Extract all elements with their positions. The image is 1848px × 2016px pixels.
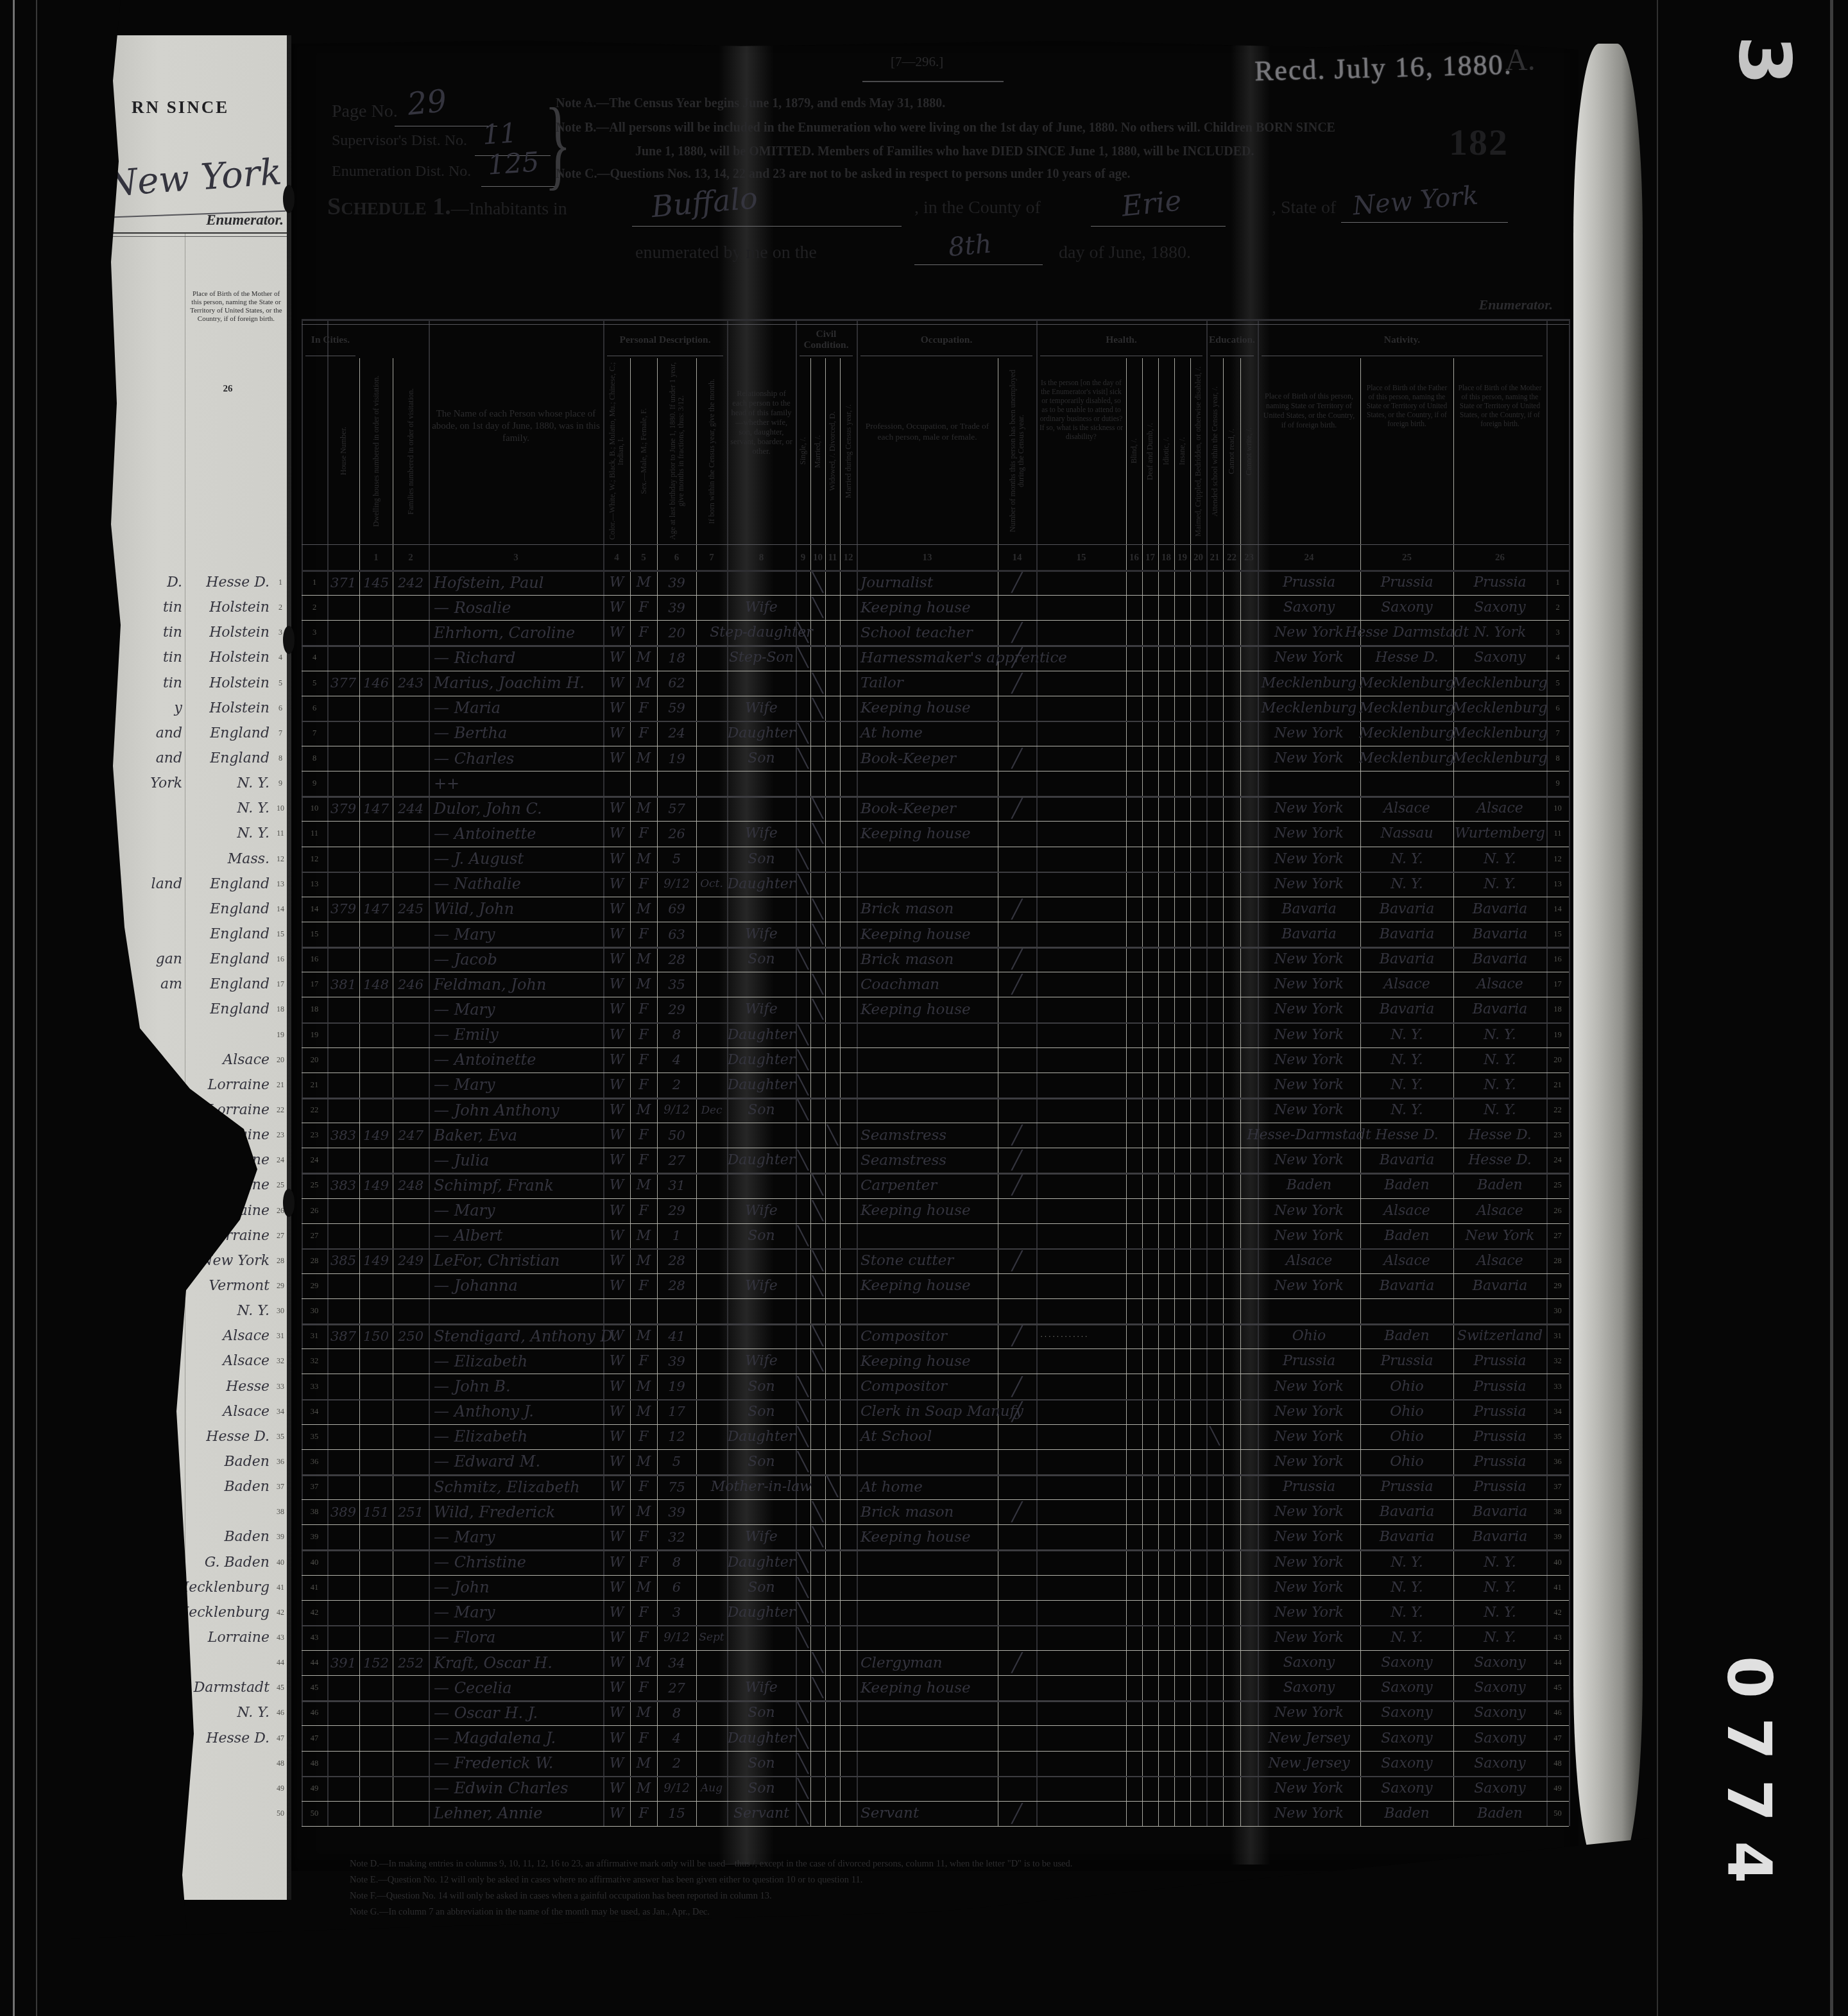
cell-color: W bbox=[603, 1374, 630, 1399]
cell-color: W bbox=[603, 796, 630, 821]
cell-mother-birthplace: Wurtemberg bbox=[1453, 821, 1546, 846]
cell-sex: F bbox=[630, 922, 657, 947]
footer-note-f: Note F.—Question No. 14 will only be ask… bbox=[350, 1891, 772, 1902]
cell-sex: M bbox=[630, 746, 657, 771]
leftpage-place-value: Baden bbox=[187, 1449, 269, 1474]
column-header-deaf: Deaf and Dumb, /. bbox=[1142, 361, 1158, 542]
column-group-label: In Cities. bbox=[302, 324, 359, 355]
cell-occupation: Brick mason bbox=[860, 897, 998, 922]
column-group-underline bbox=[1040, 356, 1202, 356]
cell-sex: M bbox=[630, 1323, 657, 1348]
row-number: 33 bbox=[1546, 1374, 1569, 1399]
cell-civil-condition-tick: ╲ bbox=[810, 972, 825, 997]
cell-unemployed-tick: ╱ bbox=[998, 1374, 1036, 1399]
row-number: 43 bbox=[1546, 1625, 1569, 1650]
cell-father-birthplace: Baden bbox=[1360, 1801, 1453, 1826]
cell-birthplace: New York bbox=[1258, 1223, 1360, 1248]
cell-civil-condition-tick: ╲ bbox=[796, 1047, 810, 1073]
cell-sex: M bbox=[630, 645, 657, 670]
state-label: , State of bbox=[1272, 198, 1336, 218]
cell-father-birthplace: Saxony bbox=[1360, 1776, 1453, 1801]
cell-father-birthplace: N. Y. bbox=[1360, 1022, 1453, 1047]
row-number: 35 bbox=[302, 1424, 327, 1449]
leftpage-place-value: Mecklenburg bbox=[187, 1600, 269, 1625]
column-header-insane: Insane, /. bbox=[1174, 361, 1190, 542]
cell-civil-condition-tick: ╲ bbox=[810, 1273, 825, 1298]
footer-note-g: Note G.—In column 7 an abbreviation in t… bbox=[350, 1907, 710, 1918]
cell-mother-birthplace: Alsace bbox=[1453, 1198, 1546, 1223]
cell-age: 39 bbox=[657, 595, 696, 620]
cell-age: 19 bbox=[657, 1374, 696, 1399]
cell-relationship: Wife bbox=[727, 1198, 796, 1223]
cell-age: 24 bbox=[657, 721, 696, 746]
cell-civil-condition-tick: ╲ bbox=[825, 1474, 840, 1499]
cell-person-name: — Elizabeth bbox=[434, 1348, 603, 1374]
cell-house-number: 383 bbox=[327, 1173, 359, 1198]
cell-mother-birthplace: Hesse D. bbox=[1453, 1148, 1546, 1173]
row-number: 1 bbox=[1546, 570, 1569, 595]
cell-father-birthplace: Alsace bbox=[1360, 1248, 1453, 1273]
column-header-text: If born within the Census year, give the… bbox=[708, 379, 716, 524]
row-number: 4 bbox=[302, 645, 327, 670]
cell-sex: M bbox=[630, 1776, 657, 1801]
cell-occupation: Journalist bbox=[860, 570, 998, 595]
cell-father-birthplace: Saxony bbox=[1360, 1751, 1453, 1776]
cell-age: 32 bbox=[657, 1524, 696, 1549]
row-number: 21 bbox=[1546, 1073, 1569, 1098]
cell-civil-condition-tick: ╲ bbox=[810, 796, 825, 821]
cell-mother-birthplace: Prussia bbox=[1453, 1474, 1546, 1499]
cell-color: W bbox=[603, 947, 630, 972]
leftpage-place-fragment: and bbox=[122, 746, 182, 771]
cell-father-birthplace: Bavaria bbox=[1360, 922, 1453, 947]
leftpage-place-value: Alsace bbox=[187, 1348, 269, 1374]
row-number: 11 bbox=[302, 821, 327, 846]
cell-birth-month: Oct. bbox=[696, 872, 727, 897]
previous-page-col26-header: Place of Birth of the Mother of this per… bbox=[189, 290, 284, 323]
cell-birthplace: New York bbox=[1258, 1148, 1360, 1173]
cell-person-name: — Johanna bbox=[434, 1273, 603, 1298]
cell-birthplace: Mecklenburg bbox=[1258, 696, 1360, 721]
column-header-text: Families numbered in order of visitation… bbox=[407, 388, 415, 515]
leftpage-place-value: Mass. bbox=[187, 847, 269, 872]
cell-mother-birthplace: Saxony bbox=[1453, 1751, 1546, 1776]
cell-father-birthplace: Prussia bbox=[1360, 1348, 1453, 1374]
cell-birthplace: New York bbox=[1258, 1273, 1360, 1298]
row-number: 8 bbox=[302, 746, 327, 771]
cell-father-birthplace: Hesse D. bbox=[1360, 1123, 1453, 1148]
cell-person-name: — John B. bbox=[434, 1374, 603, 1399]
leftpage-place-fragment: York bbox=[122, 771, 182, 796]
cell-person-name: Stendigard, Anthony D. bbox=[434, 1323, 603, 1348]
cell-house-number: 379 bbox=[327, 796, 359, 821]
leftpage-place-value: England bbox=[187, 897, 269, 922]
leftpage-place-value: Alsace bbox=[187, 1323, 269, 1348]
cell-color: W bbox=[603, 1751, 630, 1776]
cell-person-name: — Jacob bbox=[434, 947, 603, 972]
cell-person-name: Hofstein, Paul bbox=[434, 570, 603, 595]
cell-father-birthplace: N. Y. bbox=[1360, 1047, 1453, 1073]
film-top-mark: 3 bbox=[1724, 36, 1806, 85]
cell-age: 8 bbox=[657, 1549, 696, 1574]
cell-civil-condition-tick: ╲ bbox=[810, 570, 825, 595]
cell-person-name: Baker, Eva bbox=[434, 1123, 603, 1148]
column-header-cantread: Cannot read, /. bbox=[1223, 361, 1240, 542]
cell-age: 19 bbox=[657, 746, 696, 771]
leftpage-place-fragment: D. bbox=[122, 570, 182, 595]
leftpage-place-value: England bbox=[187, 922, 269, 947]
cell-color: W bbox=[603, 570, 630, 595]
table-vline bbox=[1126, 358, 1127, 1826]
cell-father-birthplace: N. Y. bbox=[1360, 1625, 1453, 1650]
leftpage-place-value: G. Baden bbox=[187, 1549, 269, 1574]
cell-age: 29 bbox=[657, 997, 696, 1022]
cell-mother-birthplace: Alsace bbox=[1453, 972, 1546, 997]
cell-person-name: — Emily bbox=[434, 1022, 603, 1047]
cell-birthplace: New York bbox=[1258, 1549, 1360, 1574]
cell-civil-condition-tick: ╲ bbox=[796, 620, 810, 645]
cell-age: 39 bbox=[657, 1348, 696, 1374]
column-number-9: 9 bbox=[796, 548, 810, 567]
film-edge-line bbox=[1830, 0, 1833, 2016]
row-number: 9 bbox=[1546, 771, 1569, 796]
cell-age: 26 bbox=[657, 821, 696, 846]
schedule-title: Schedule 1.—Inhabitants in bbox=[327, 193, 567, 221]
cell-color: W bbox=[603, 721, 630, 746]
cell-unemployed-tick: ╱ bbox=[998, 570, 1036, 595]
row-number: 39 bbox=[1546, 1524, 1569, 1549]
row-number: 38 bbox=[302, 1499, 327, 1524]
cell-relationship: Daughter bbox=[727, 1424, 796, 1449]
cell-sex: F bbox=[630, 696, 657, 721]
row-number: 26 bbox=[1546, 1198, 1569, 1223]
row-number: 1 bbox=[302, 570, 327, 595]
row-number: 29 bbox=[302, 1273, 327, 1298]
row-number: 46 bbox=[1546, 1700, 1569, 1725]
cell-sex: F bbox=[630, 1047, 657, 1073]
cell-sex: F bbox=[630, 1600, 657, 1625]
cell-sex: F bbox=[630, 721, 657, 746]
column-header-blind: Blind, /. bbox=[1126, 361, 1142, 542]
microfilm-frame: { "film": { "top_mark": "3", "bottom_mar… bbox=[0, 0, 1848, 2016]
cell-relationship: Son bbox=[727, 847, 796, 872]
leftpage-place-value: Mecklenburg bbox=[187, 1575, 269, 1600]
column-header-text: Insane, /. bbox=[1178, 437, 1186, 465]
cell-age: 27 bbox=[657, 1675, 696, 1700]
cell-person-name: — Antoinette bbox=[434, 1047, 603, 1073]
film-scratch-line bbox=[13, 0, 15, 2016]
row-number: 43 bbox=[302, 1625, 327, 1650]
cell-family-number: 243 bbox=[393, 671, 429, 696]
cell-relationship: Wife bbox=[727, 1348, 796, 1374]
cell-sex: M bbox=[630, 972, 657, 997]
row-number: 3 bbox=[302, 620, 327, 645]
cell-mother-birthplace: Bavaria bbox=[1453, 1524, 1546, 1549]
cell-relationship: Daughter bbox=[727, 1073, 796, 1098]
column-header-text: Color.—White, W.; Black, B.; Mulatto, Mu… bbox=[608, 362, 625, 540]
cell-birthplace: Bavaria bbox=[1258, 897, 1360, 922]
row-number: 25 bbox=[1546, 1173, 1569, 1198]
form-number-underline bbox=[862, 81, 1004, 82]
cell-occupation: Stone cutter bbox=[860, 1248, 998, 1273]
cell-person-name: — Frederick W. bbox=[434, 1751, 603, 1776]
cell-occupation: Tailor bbox=[860, 671, 998, 696]
cell-color: W bbox=[603, 1123, 630, 1148]
row-number: 18 bbox=[302, 997, 327, 1022]
cell-occupation: Servant bbox=[860, 1801, 998, 1826]
column-header-unemp: Number of months this person has been un… bbox=[998, 361, 1036, 542]
row-number: 6 bbox=[302, 696, 327, 721]
cell-family-number: 251 bbox=[393, 1499, 429, 1524]
column-number-8: 8 bbox=[727, 548, 796, 567]
cell-unemployed-tick: ╱ bbox=[998, 1148, 1036, 1173]
cell-sex: F bbox=[630, 1524, 657, 1549]
schedule-place-underline bbox=[632, 226, 902, 227]
cell-sex: F bbox=[630, 1474, 657, 1499]
cell-relationship: Mother-in-law bbox=[727, 1474, 796, 1499]
cell-occupation: Clerk in Soap Manufy bbox=[860, 1399, 998, 1424]
row-number: 19 bbox=[1546, 1022, 1569, 1047]
column-number-3: 3 bbox=[429, 548, 603, 567]
cell-color: W bbox=[603, 1248, 630, 1273]
cell-father-birthplace: Bavaria bbox=[1360, 1524, 1453, 1549]
cell-color: W bbox=[603, 1173, 630, 1198]
cell-occupation: Seamstress bbox=[860, 1148, 998, 1173]
cell-relationship: Daughter bbox=[727, 872, 796, 897]
table-rowline bbox=[302, 1298, 1569, 1299]
cell-birthplace: New York bbox=[1258, 1801, 1360, 1826]
cell-unemployed-tick: ╱ bbox=[998, 1173, 1036, 1198]
cell-person-name: — Christine bbox=[434, 1549, 603, 1574]
column-header-text: Attended school within the Census year, … bbox=[1211, 386, 1219, 517]
cell-sex: F bbox=[630, 821, 657, 846]
cell-age: 50 bbox=[657, 1123, 696, 1148]
cell-person-name: Wild, Frederick bbox=[434, 1499, 603, 1524]
column-number-13: 13 bbox=[857, 548, 998, 567]
cell-sex: M bbox=[630, 1700, 657, 1725]
row-number: 41 bbox=[1546, 1575, 1569, 1600]
leftpage-place-value: England bbox=[187, 746, 269, 771]
cell-mother-birthplace: Mecklenburg bbox=[1453, 671, 1546, 696]
cell-house-number: 383 bbox=[327, 1123, 359, 1148]
cell-occupation: Book-Keeper bbox=[860, 746, 998, 771]
cell-age: 2 bbox=[657, 1073, 696, 1098]
row-number: 40 bbox=[1546, 1549, 1569, 1574]
cell-birthplace: Hesse-Darmstadt bbox=[1258, 1123, 1360, 1148]
leftpage-place-value: Baden bbox=[187, 1474, 269, 1499]
film-bottom-mark: 0774 bbox=[1713, 1656, 1784, 1902]
row-number: 13 bbox=[1546, 872, 1569, 897]
leftpage-place-fragment: tin bbox=[122, 620, 182, 645]
column-number-18: 18 bbox=[1158, 548, 1174, 567]
cell-mother-birthplace: N. Y. bbox=[1453, 1073, 1546, 1098]
form-number: [7—296.] bbox=[891, 54, 943, 70]
column-header-single: Single, /. bbox=[796, 361, 810, 542]
row-number: 38 bbox=[1546, 1499, 1569, 1524]
column-group-underline bbox=[800, 356, 853, 356]
cell-mother-birthplace: New York bbox=[1453, 1223, 1546, 1248]
cell-relationship: Servant bbox=[727, 1801, 796, 1826]
row-number: 20 bbox=[302, 1047, 327, 1073]
leftpage-place-value: Holstein bbox=[187, 645, 269, 670]
row-number: 34 bbox=[1546, 1399, 1569, 1424]
column-header-month: If born within the Census year, give the… bbox=[696, 361, 727, 542]
note-b2: June 1, 1880, will be OMITTED. Members o… bbox=[635, 144, 1254, 159]
leftpage-place-value: England bbox=[187, 872, 269, 897]
leftpage-place-fragment: land bbox=[122, 872, 182, 897]
column-number-24: 24 bbox=[1258, 548, 1360, 567]
page-number-stamp: 182 bbox=[1449, 121, 1509, 164]
cell-father-birthplace: Bavaria bbox=[1360, 1499, 1453, 1524]
cell-occupation: Keeping house bbox=[860, 595, 998, 620]
leftpage-place-value: Hesse bbox=[187, 1374, 269, 1399]
cell-family-number: 247 bbox=[393, 1123, 429, 1148]
cell-person-name: — J. August bbox=[434, 847, 603, 872]
row-number: 11 bbox=[1546, 821, 1569, 846]
cell-person-name: — Elizabeth bbox=[434, 1424, 603, 1449]
cell-age: 9/12 bbox=[657, 872, 696, 897]
leftpage-place-value: England bbox=[187, 721, 269, 746]
cell-father-birthplace: N. Y. bbox=[1360, 847, 1453, 872]
cell-birthplace: New York bbox=[1258, 1449, 1360, 1474]
cell-person-name: — John bbox=[434, 1575, 603, 1600]
column-header-occ: Profession, Occupation, or Trade of each… bbox=[859, 420, 995, 442]
enumerated-day: 8th bbox=[947, 229, 993, 263]
cell-color: W bbox=[603, 1399, 630, 1424]
cell-age: 5 bbox=[657, 1449, 696, 1474]
cell-mother-birthplace: Saxony bbox=[1453, 1725, 1546, 1750]
cell-civil-condition-tick: ╲ bbox=[810, 1524, 825, 1549]
cell-birthplace: New York bbox=[1258, 872, 1360, 897]
cell-age: 28 bbox=[657, 947, 696, 972]
previous-page-col-number: 26 bbox=[193, 381, 263, 397]
cell-birthplace: New York bbox=[1258, 746, 1360, 771]
cell-father-birthplace: Hesse D. bbox=[1360, 645, 1453, 670]
leftpage-place-fragment: tin bbox=[122, 671, 182, 696]
cell-sex: F bbox=[630, 1148, 657, 1173]
cell-color: W bbox=[603, 1424, 630, 1449]
cell-relationship: Daughter bbox=[727, 1022, 796, 1047]
leftpage-place-value: Hesse D. bbox=[187, 1424, 269, 1449]
cell-sex: F bbox=[630, 1675, 657, 1700]
leftpage-place-value: Holstein bbox=[187, 671, 269, 696]
cell-sex: F bbox=[630, 1549, 657, 1574]
cell-occupation: Clergyman bbox=[860, 1650, 998, 1675]
row-number: 34 bbox=[302, 1399, 327, 1424]
row-number: 26 bbox=[302, 1198, 327, 1223]
cell-relationship: Daughter bbox=[727, 1549, 796, 1574]
row-number: 40 bbox=[302, 1549, 327, 1574]
cell-mother-birthplace: Prussia bbox=[1453, 1399, 1546, 1424]
cell-civil-condition-tick: ╲ bbox=[796, 1449, 810, 1474]
column-header-rel: Relationship of each person to the head … bbox=[730, 389, 793, 456]
cell-civil-condition-tick: ╲ bbox=[810, 997, 825, 1022]
cell-age: 39 bbox=[657, 1499, 696, 1524]
table-numrow-line bbox=[302, 544, 1569, 545]
cell-birth-month: Dec bbox=[696, 1098, 727, 1123]
county-value: Erie bbox=[1120, 184, 1183, 223]
cell-occupation: Brick mason bbox=[860, 947, 998, 972]
cell-age: 20 bbox=[657, 620, 696, 645]
cell-sex: M bbox=[630, 1399, 657, 1424]
cell-mother-birthplace: Alsace bbox=[1453, 796, 1546, 821]
cell-birthplace: Baden bbox=[1258, 1173, 1360, 1198]
column-header-color: Color.—White, W.; Black, B.; Mulatto, Mu… bbox=[603, 361, 630, 542]
cell-color: W bbox=[603, 746, 630, 771]
cell-father-birthplace: Mecklenburg bbox=[1360, 746, 1453, 771]
cell-father-birthplace: Prussia bbox=[1360, 1474, 1453, 1499]
column-header-fb: Place of Birth of the Father of this per… bbox=[1363, 384, 1451, 429]
column-header-text: Blind, /. bbox=[1130, 438, 1138, 463]
cell-civil-condition-tick: ╲ bbox=[796, 872, 810, 897]
cell-age: 63 bbox=[657, 922, 696, 947]
cell-occupation: Carpenter bbox=[860, 1173, 998, 1198]
column-header-school: Attended school within the Census year, … bbox=[1206, 361, 1223, 542]
cell-person-name: — Mary bbox=[434, 1073, 603, 1098]
cell-mother-birthplace: Saxony bbox=[1453, 1675, 1546, 1700]
cell-civil-condition-tick: ╲ bbox=[796, 1399, 810, 1424]
leftpage-place-value: Hesse D. bbox=[187, 570, 269, 595]
row-number: 32 bbox=[302, 1348, 327, 1374]
column-group-label: Nativity. bbox=[1258, 324, 1546, 355]
cell-house-number: 391 bbox=[327, 1650, 359, 1675]
cell-sex: M bbox=[630, 1374, 657, 1399]
cell-person-name: — Albert bbox=[434, 1223, 603, 1248]
column-number-20: 20 bbox=[1190, 548, 1206, 567]
cell-age: 8 bbox=[657, 1700, 696, 1725]
cell-mother-birthplace: N. Y. bbox=[1453, 1047, 1546, 1073]
cell-birthplace: New York bbox=[1258, 1499, 1360, 1524]
cell-relationship: Son bbox=[727, 1751, 796, 1776]
row-number: 37 bbox=[302, 1474, 327, 1499]
cell-person-name: ++ bbox=[434, 771, 603, 796]
cell-person-name: — Mary bbox=[434, 1524, 603, 1549]
row-number: 46 bbox=[302, 1700, 327, 1725]
cell-occupation: Keeping house bbox=[860, 696, 998, 721]
cell-mother-birthplace: Bavaria bbox=[1453, 922, 1546, 947]
cell-age: 9/12 bbox=[657, 1098, 696, 1123]
cell-relationship: Wife bbox=[727, 1675, 796, 1700]
table-vline bbox=[1223, 358, 1224, 1826]
cell-civil-condition-tick: ╲ bbox=[796, 1751, 810, 1776]
row-number: 19 bbox=[302, 1022, 327, 1047]
cell-person-name: — Magdalena J. bbox=[434, 1725, 603, 1750]
column-header-house: House Number. bbox=[327, 361, 359, 542]
cell-birthplace: New York bbox=[1258, 645, 1360, 670]
cell-father-birthplace: Bavaria bbox=[1360, 1273, 1453, 1298]
cell-person-name: — Bertha bbox=[434, 721, 603, 746]
column-group-underline bbox=[860, 356, 1032, 356]
cell-sex: F bbox=[630, 1022, 657, 1047]
cell-person-name: — Edward M. bbox=[434, 1449, 603, 1474]
cell-father-birthplace: Mecklenburg bbox=[1360, 696, 1453, 721]
column-header-text: Dwelling houses numbered in order of vis… bbox=[372, 375, 381, 527]
row-number: 10 bbox=[1546, 796, 1569, 821]
cell-dwelling-number: 147 bbox=[359, 897, 393, 922]
row-number: 12 bbox=[302, 847, 327, 872]
enumerated-prefix: enumerated by me on the bbox=[635, 243, 817, 263]
cell-mother-birthplace: Baden bbox=[1453, 1801, 1546, 1826]
cell-birthplace: New York bbox=[1258, 1700, 1360, 1725]
state-underline bbox=[1341, 222, 1508, 223]
row-number: 17 bbox=[302, 972, 327, 997]
cell-age: 62 bbox=[657, 671, 696, 696]
cell-age: 59 bbox=[657, 696, 696, 721]
cell-birthplace: Saxony bbox=[1258, 595, 1360, 620]
cell-age: 41 bbox=[657, 1323, 696, 1348]
cell-civil-condition-tick: ╲ bbox=[796, 1549, 810, 1574]
cell-dwelling-number: 149 bbox=[359, 1248, 393, 1273]
